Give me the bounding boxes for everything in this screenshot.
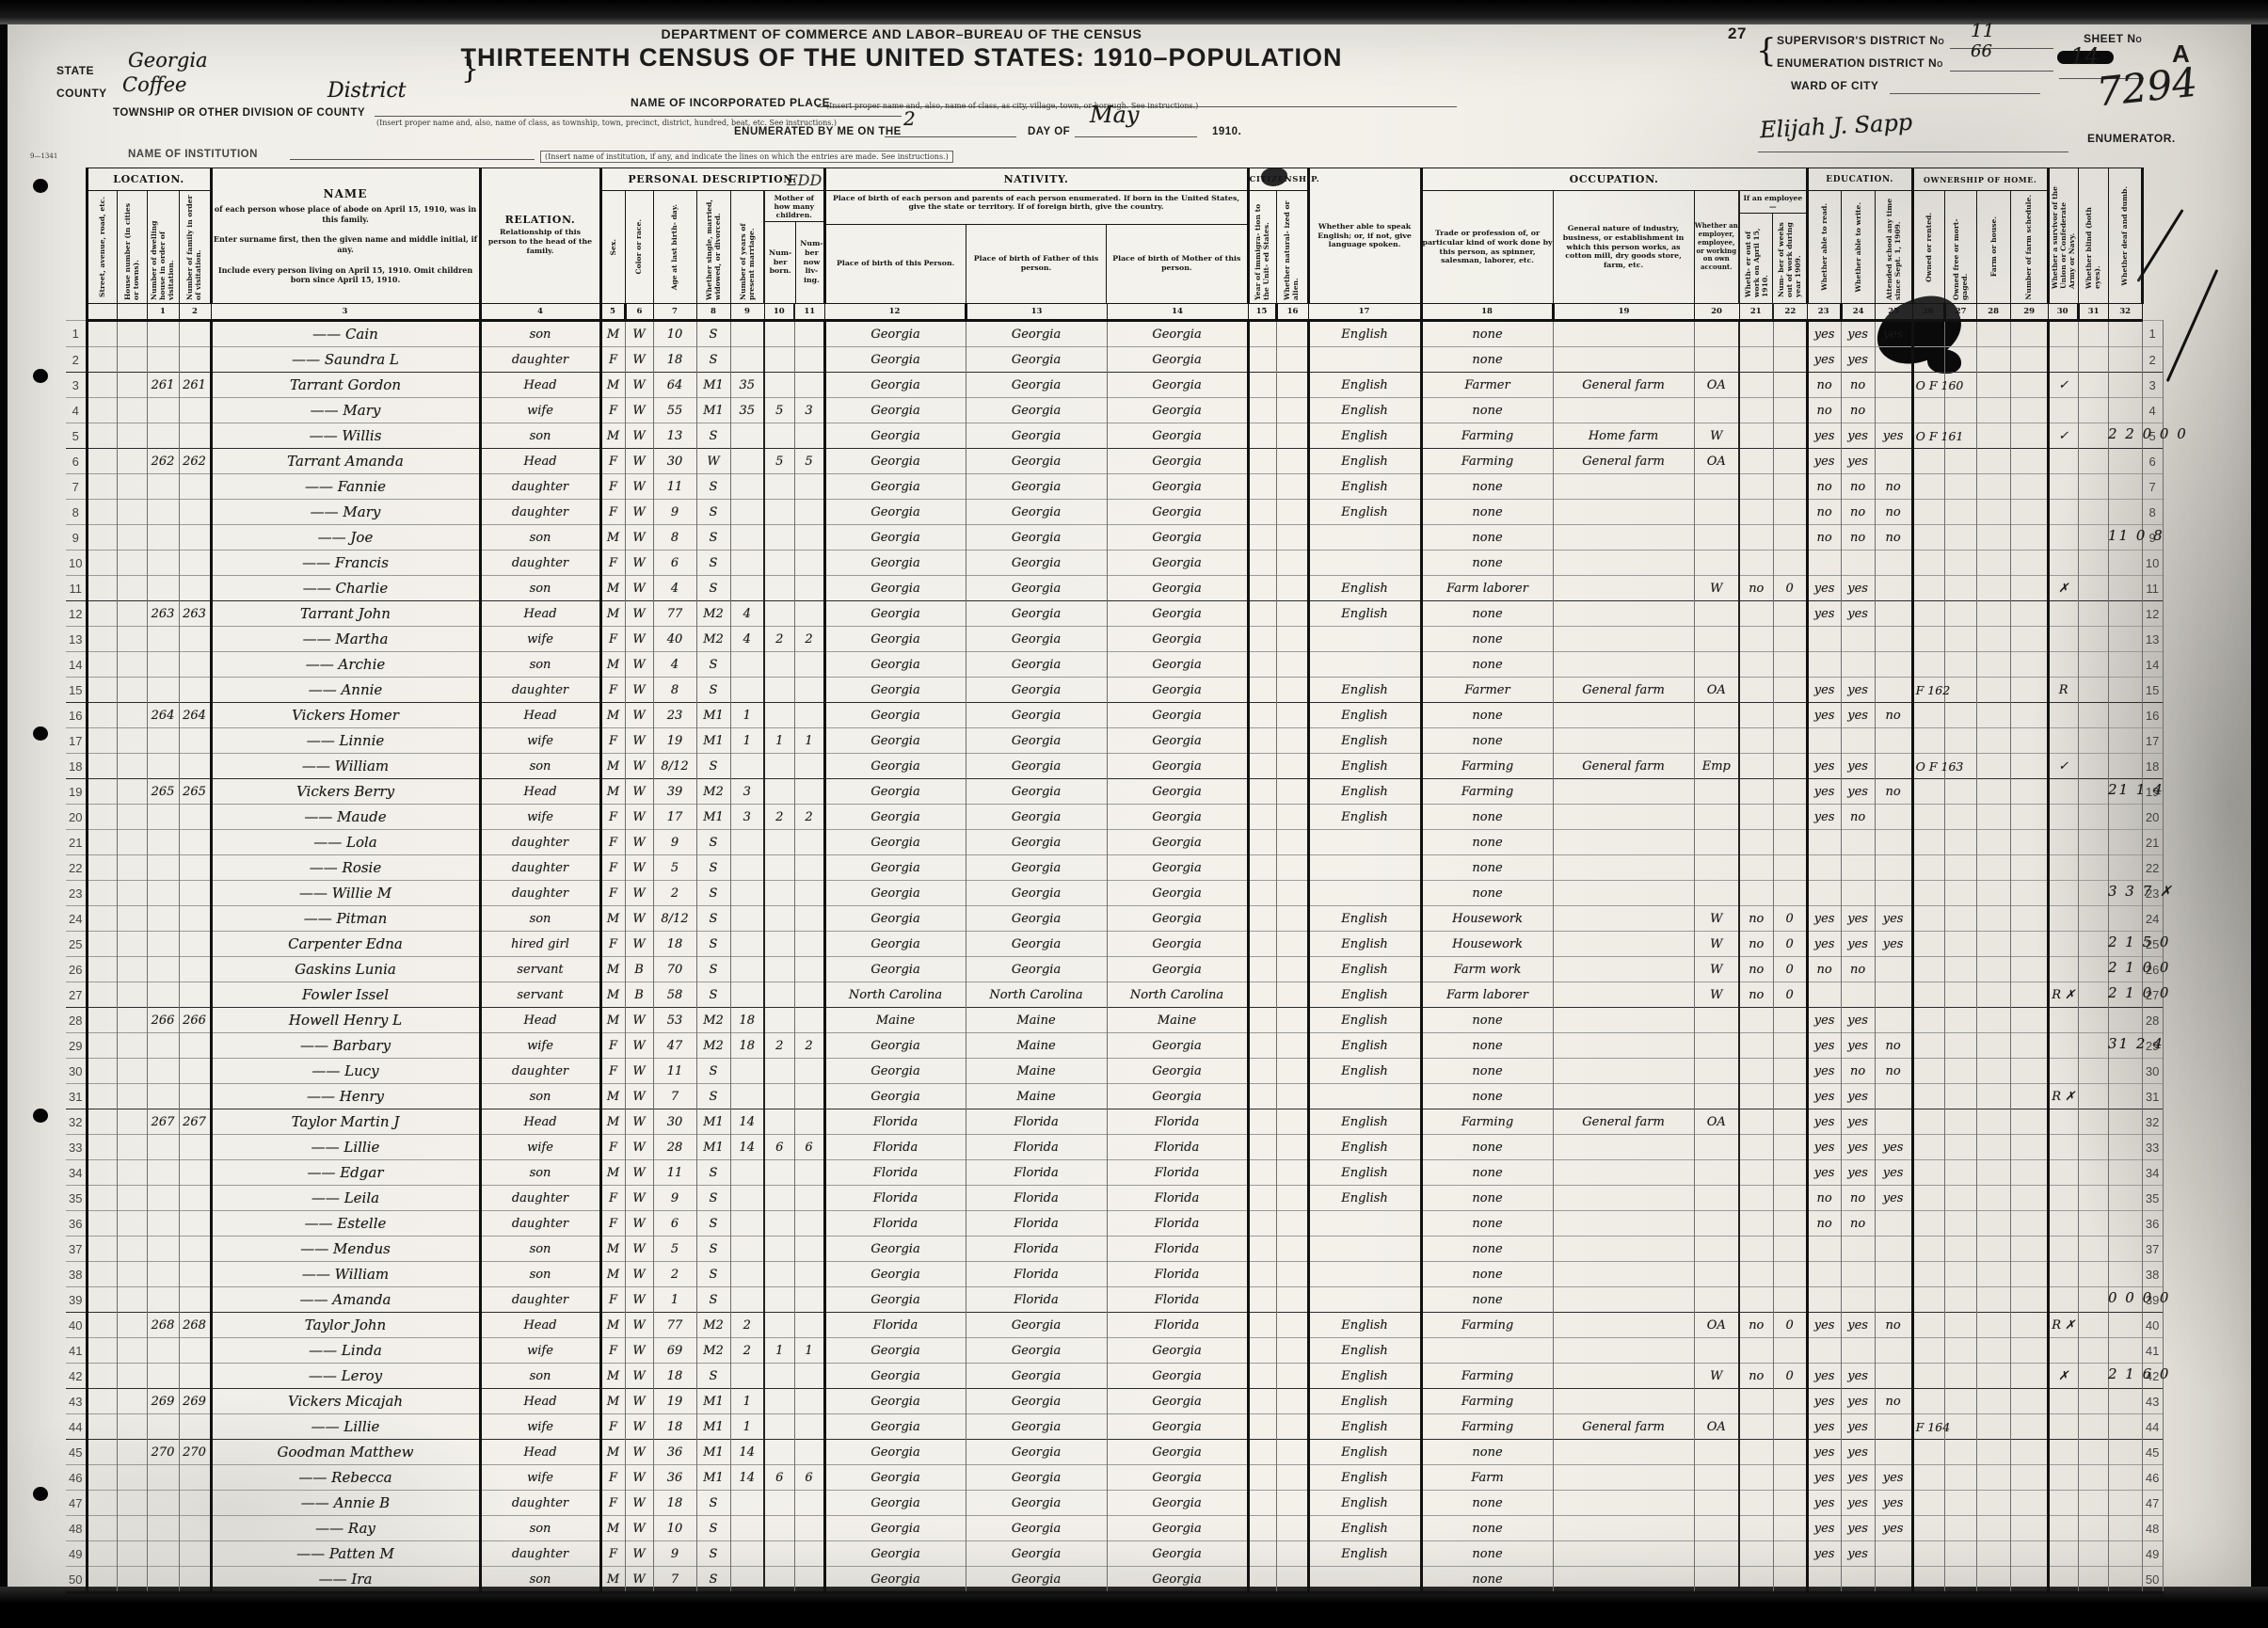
cell-can-read: yes <box>1807 1109 1841 1135</box>
cell-family-number <box>179 1262 211 1287</box>
cell-weeks-out <box>1773 1237 1807 1262</box>
cell-street <box>87 1364 117 1389</box>
cell-street <box>87 423 117 449</box>
cell-sex: M <box>600 779 625 805</box>
cell-naturalized <box>1276 373 1308 398</box>
cell-age: 69 <box>653 1338 696 1364</box>
cell-can-write: no <box>1841 957 1875 982</box>
naturalized-header: Whether natural- ized or alien. <box>1276 191 1308 304</box>
cell-row-number-left: 7 <box>66 474 87 500</box>
cell-birthplace-father: Florida <box>966 1109 1107 1135</box>
cell-row-number-left: 10 <box>66 551 87 576</box>
cell-farm-schedule <box>2010 881 2048 906</box>
cell-family-number <box>179 576 211 601</box>
cell-naturalized <box>1276 1389 1308 1414</box>
cell-trade: none <box>1421 321 1553 347</box>
cell-deaf-dumb <box>2108 1008 2142 1033</box>
cell-birthplace: Georgia <box>824 1465 966 1491</box>
cell-trade: Farming <box>1421 423 1553 449</box>
cell-street <box>87 1541 117 1567</box>
cell-can-read <box>1807 855 1841 881</box>
cell-speaks-english: English <box>1308 728 1421 754</box>
cell-can-read <box>1807 728 1841 754</box>
cell-trade <box>1421 1338 1553 1364</box>
cell-marital-status: M1 <box>696 1465 730 1491</box>
cell-farm-schedule <box>2010 1287 2048 1313</box>
cell-blind <box>2078 678 2108 703</box>
cell-children-born <box>764 347 794 373</box>
cell-name: —— Estelle <box>211 1211 480 1237</box>
cell-row-number-right: 36 <box>2142 1211 2163 1237</box>
cell-dwelling-number <box>147 347 179 373</box>
cell-sex: M <box>600 1440 625 1465</box>
cell-weeks-out <box>1773 728 1807 754</box>
cell-immigration-year <box>1248 1541 1276 1567</box>
cell-row-number-right: 14 <box>2142 652 2163 678</box>
cell-relation: servant <box>480 982 600 1008</box>
cell-house-number <box>117 627 147 652</box>
cell-naturalized <box>1276 525 1308 551</box>
cell-farm-schedule <box>2010 321 2048 347</box>
cell-age: 11 <box>653 1059 696 1084</box>
cell-speaks-english: English <box>1308 1338 1421 1364</box>
cell-naturalized <box>1276 423 1308 449</box>
ownership-group-title: OWNERSHIP OF HOME. <box>1912 168 2048 191</box>
cell-farm-or-house <box>1976 1313 2010 1338</box>
cell-deaf-dumb <box>2108 678 2142 703</box>
cell-dwelling-number <box>147 652 179 678</box>
cell-owned-free <box>1944 601 1976 627</box>
cell-marital-status: S <box>696 551 730 576</box>
cell-blind <box>2078 1059 2108 1084</box>
cell-trade: Housework <box>1421 932 1553 957</box>
cell-row-number-right: 11 <box>2142 576 2163 601</box>
cell-dwelling-number <box>147 1084 179 1109</box>
cell-sex: M <box>600 652 625 678</box>
cell-children-born <box>764 1059 794 1084</box>
cell-out-of-work: no <box>1739 906 1773 932</box>
cell-attended-school <box>1875 627 1912 652</box>
cell-farm-schedule <box>2010 1338 2048 1364</box>
cell-employer-status: Emp <box>1694 754 1739 779</box>
cell-sex: F <box>600 1491 625 1516</box>
cell-color-race: W <box>625 1516 653 1541</box>
cell-row-number-right: 37 <box>2142 1237 2163 1262</box>
cell-industry: Home farm <box>1553 423 1694 449</box>
cell-weeks-out: 0 <box>1773 932 1807 957</box>
cell-birthplace-mother: Georgia <box>1107 678 1248 703</box>
cell-street <box>87 1491 117 1516</box>
cell-deaf-dumb <box>2108 652 2142 678</box>
cell-farm-schedule <box>2010 1084 2048 1109</box>
cell-employer-status <box>1694 1186 1739 1211</box>
cell-row-number-left: 17 <box>66 728 87 754</box>
cell-home-owned <box>1912 805 1944 830</box>
cell-blind <box>2078 551 2108 576</box>
cell-immigration-year <box>1248 1109 1276 1135</box>
cell-family-number <box>179 1465 211 1491</box>
cell-immigration-year <box>1248 576 1276 601</box>
supervisor-district-label: SUPERVISOR'S DISTRICT No <box>1777 34 1944 47</box>
cell-blind <box>2078 1008 2108 1033</box>
cell-marital-status: M1 <box>696 805 730 830</box>
cell-industry <box>1553 881 1694 906</box>
cell-farm-or-house <box>1976 982 2010 1008</box>
cell-dwelling-number <box>147 1033 179 1059</box>
cell-house-number <box>117 1084 147 1109</box>
cell-out-of-work <box>1739 321 1773 347</box>
cell-deaf-dumb <box>2108 551 2142 576</box>
cell-farm-or-house <box>1976 1237 2010 1262</box>
column-number: 32 <box>2108 304 2142 321</box>
cell-marital-status: M1 <box>696 1414 730 1440</box>
cell-industry <box>1553 1160 1694 1186</box>
read-label: Whether able to read. <box>1820 203 1829 291</box>
cell-trade: none <box>1421 652 1553 678</box>
cell-marital-status: S <box>696 855 730 881</box>
cell-naturalized <box>1276 881 1308 906</box>
cell-war-survivor <box>2048 551 2078 576</box>
person-row: 38—— WilliamsonMW2SGeorgiaFloridaFlorida… <box>66 1262 2163 1287</box>
cell-birthplace-father: Georgia <box>966 1541 1107 1567</box>
owned-free-label: Owned free or mort- gaged. <box>1952 195 1969 300</box>
cell-color-race: W <box>625 321 653 347</box>
cell-employer-status: OA <box>1694 1109 1739 1135</box>
cell-war-survivor <box>2048 728 2078 754</box>
cell-marital-status: S <box>696 423 730 449</box>
cell-row-number-left: 36 <box>66 1211 87 1237</box>
cell-name: Carpenter Edna <box>211 932 480 957</box>
cell-weeks-out <box>1773 449 1807 474</box>
cell-birthplace-father: Georgia <box>966 678 1107 703</box>
cell-farm-schedule <box>2010 1211 2048 1237</box>
cell-war-survivor <box>2048 1008 2078 1033</box>
cell-street <box>87 779 117 805</box>
cell-home-owned <box>1912 1237 1944 1262</box>
cell-naturalized <box>1276 1237 1308 1262</box>
cell-deaf-dumb <box>2108 1135 2142 1160</box>
cell-can-write: no <box>1841 373 1875 398</box>
cell-farm-schedule <box>2010 373 2048 398</box>
person-row: 3261261Tarrant GordonHeadMW64M135Georgia… <box>66 373 2163 398</box>
cell-children-born <box>764 500 794 525</box>
cell-weeks-out <box>1773 779 1807 805</box>
cell-blind <box>2078 1160 2108 1186</box>
cell-employer-status <box>1694 1440 1739 1465</box>
cell-war-survivor <box>2048 1516 2078 1541</box>
cell-attended-school: yes <box>1875 1135 1912 1160</box>
cell-can-read: yes <box>1807 1414 1841 1440</box>
cell-relation: servant <box>480 957 600 982</box>
cell-birthplace-father: Georgia <box>966 957 1107 982</box>
cell-age: 4 <box>653 652 696 678</box>
cell-weeks-out <box>1773 627 1807 652</box>
cell-children-living <box>794 1084 824 1109</box>
cell-employer-status <box>1694 1516 1739 1541</box>
cell-dwelling-number <box>147 1211 179 1237</box>
cell-age: 9 <box>653 500 696 525</box>
cell-street <box>87 1389 117 1414</box>
cell-trade: none <box>1421 1160 1553 1186</box>
cell-can-read: yes <box>1807 1059 1841 1084</box>
cell-industry <box>1553 500 1694 525</box>
cell-naturalized <box>1276 754 1308 779</box>
cell-street <box>87 321 117 347</box>
cell-blind <box>2078 1287 2108 1313</box>
cell-out-of-work <box>1739 373 1773 398</box>
cell-sex: F <box>600 1541 625 1567</box>
cell-war-survivor <box>2048 1338 2078 1364</box>
cell-family-number <box>179 1364 211 1389</box>
cell-dwelling-number <box>147 1262 179 1287</box>
cell-out-of-work <box>1739 423 1773 449</box>
cell-naturalized <box>1276 1516 1308 1541</box>
cell-industry <box>1553 1262 1694 1287</box>
cell-attended-school: yes <box>1875 1516 1912 1541</box>
cell-immigration-year <box>1248 652 1276 678</box>
cell-industry <box>1553 1237 1694 1262</box>
cell-war-survivor: R ✗ <box>2048 1084 2078 1109</box>
cell-out-of-work: no <box>1739 1313 1773 1338</box>
cell-deaf-dumb <box>2108 1211 2142 1237</box>
cell-attended-school: yes <box>1875 1186 1912 1211</box>
cell-name: Tarrant John <box>211 601 480 627</box>
cell-owned-free <box>1944 627 1976 652</box>
cell-industry <box>1553 1465 1694 1491</box>
blind-label: Whether blind (both eyes). <box>2084 184 2101 289</box>
cell-street <box>87 398 117 423</box>
cell-color-race: W <box>625 1237 653 1262</box>
cell-birthplace: North Carolina <box>824 982 966 1008</box>
cell-row-number-left: 38 <box>66 1262 87 1287</box>
cell-farm-or-house <box>1976 576 2010 601</box>
cell-row-number-right: 18 <box>2142 754 2163 779</box>
cell-weeks-out <box>1773 551 1807 576</box>
cell-dwelling-number <box>147 754 179 779</box>
cell-house-number <box>117 652 147 678</box>
cell-birthplace: Georgia <box>824 805 966 830</box>
cell-war-survivor: R ✗ <box>2048 982 2078 1008</box>
relation-column-header: RELATION. Relationship of this person to… <box>480 168 600 304</box>
cell-birthplace-mother: Georgia <box>1107 601 1248 627</box>
cell-immigration-year <box>1248 1364 1276 1389</box>
state-label: STATE <box>56 64 94 77</box>
cell-birthplace-mother: Georgia <box>1107 500 1248 525</box>
cell-name: —— Pitman <box>211 906 480 932</box>
cell-can-write <box>1841 881 1875 906</box>
cell-name: —— Fannie <box>211 474 480 500</box>
cell-relation: wife <box>480 1465 600 1491</box>
cell-marital-status: M1 <box>696 1440 730 1465</box>
cell-marital-status: S <box>696 321 730 347</box>
cell-employer-status <box>1694 779 1739 805</box>
cell-can-read: no <box>1807 398 1841 423</box>
cell-children-living <box>794 601 824 627</box>
cell-birthplace-father: Maine <box>966 1084 1107 1109</box>
cell-years-married <box>730 1211 764 1237</box>
cell-naturalized <box>1276 321 1308 347</box>
cell-immigration-year <box>1248 1567 1276 1593</box>
name-line3: Include every person living on April 15,… <box>218 265 472 285</box>
cell-owned-free <box>1944 347 1976 373</box>
cell-blind <box>2078 754 2108 779</box>
cell-speaks-english <box>1308 855 1421 881</box>
cell-house-number <box>117 728 147 754</box>
cell-employer-status <box>1694 1287 1739 1313</box>
cell-naturalized <box>1276 1033 1308 1059</box>
cell-immigration-year <box>1248 449 1276 474</box>
cell-employer-status <box>1694 321 1739 347</box>
cell-marital-status: S <box>696 525 730 551</box>
cell-industry <box>1553 474 1694 500</box>
cell-farm-or-house <box>1976 1160 2010 1186</box>
cell-weeks-out <box>1773 1541 1807 1567</box>
cell-deaf-dumb <box>2108 373 2142 398</box>
cell-can-write: no <box>1841 1211 1875 1237</box>
cell-dwelling-number <box>147 1237 179 1262</box>
cell-can-write: no <box>1841 1059 1875 1084</box>
cell-years-married: 35 <box>730 373 764 398</box>
cell-color-race: W <box>625 423 653 449</box>
cell-owned-free <box>1944 1160 1976 1186</box>
cell-naturalized <box>1276 474 1308 500</box>
person-row: 15—— AnniedaughterFW8SGeorgiaGeorgiaGeor… <box>66 678 2163 703</box>
cell-birthplace-father: Georgia <box>966 321 1107 347</box>
cell-dwelling-number <box>147 982 179 1008</box>
cell-sex: M <box>600 525 625 551</box>
cell-naturalized <box>1276 1491 1308 1516</box>
cell-out-of-work <box>1739 1135 1773 1160</box>
cell-row-number-right: 47 <box>2142 1491 2163 1516</box>
farm-schedule-header: Number of farm schedule. <box>2010 191 2048 304</box>
cell-name: Tarrant Gordon <box>211 373 480 398</box>
cell-trade: Farm laborer <box>1421 576 1553 601</box>
person-row: 41—— LindawifeFW69M2211GeorgiaGeorgiaGeo… <box>66 1338 2163 1364</box>
cell-age: 55 <box>653 398 696 423</box>
cell-relation: Head <box>480 1008 600 1033</box>
cell-row-number-right: 8 <box>2142 500 2163 525</box>
cell-deaf-dumb <box>2108 1160 2142 1186</box>
cell-weeks-out <box>1773 1389 1807 1414</box>
cell-industry <box>1553 321 1694 347</box>
cell-family-number <box>179 1033 211 1059</box>
trade-header: Trade or profession of, or particular ki… <box>1421 191 1553 304</box>
cell-family-number <box>179 932 211 957</box>
cell-blind <box>2078 500 2108 525</box>
cell-farm-schedule <box>2010 728 2048 754</box>
cell-farm-or-house <box>1976 1109 2010 1135</box>
cell-farm-schedule <box>2010 1541 2048 1567</box>
cell-out-of-work <box>1739 1109 1773 1135</box>
cell-age: 47 <box>653 1033 696 1059</box>
cell-farm-or-house <box>1976 703 2010 728</box>
cell-war-survivor <box>2048 855 2078 881</box>
cell-relation: son <box>480 1237 600 1262</box>
cell-color-race: W <box>625 678 653 703</box>
cell-relation: daughter <box>480 830 600 855</box>
cell-blind <box>2078 1541 2108 1567</box>
cell-sex: M <box>600 1313 625 1338</box>
cell-weeks-out <box>1773 830 1807 855</box>
cell-house-number <box>117 423 147 449</box>
cell-sex: M <box>600 754 625 779</box>
cell-children-living <box>794 754 824 779</box>
cell-attended-school: yes <box>1875 1160 1912 1186</box>
cell-house-number <box>117 525 147 551</box>
census-sheet: STATE Georgia COUNTY Coffee } TOWNSHIP O… <box>8 24 2251 1587</box>
deaf-column-header: Whether deaf and dumb. <box>2108 168 2142 304</box>
cell-speaks-english: English <box>1308 474 1421 500</box>
cell-blind <box>2078 525 2108 551</box>
cell-relation: hired girl <box>480 932 600 957</box>
cell-speaks-english <box>1308 525 1421 551</box>
cell-farm-schedule <box>2010 678 2048 703</box>
cell-can-read: no <box>1807 474 1841 500</box>
cell-home-owned <box>1912 551 1944 576</box>
cell-farm-schedule <box>2010 932 2048 957</box>
cell-speaks-english: English <box>1308 1313 1421 1338</box>
cell-birthplace-father: Georgia <box>966 576 1107 601</box>
cell-birthplace-father: Georgia <box>966 500 1107 525</box>
cell-deaf-dumb <box>2108 1262 2142 1287</box>
cell-dwelling-number <box>147 1364 179 1389</box>
cell-owned-free <box>1944 1516 1976 1541</box>
cell-naturalized <box>1276 652 1308 678</box>
cell-can-write: yes <box>1841 1465 1875 1491</box>
cell-years-married <box>730 525 764 551</box>
school-header: Attended school any time since Sept. 1, … <box>1875 191 1912 304</box>
column-number: 25 <box>1875 304 1912 321</box>
person-row: 9—— JoesonMW8SGeorgiaGeorgiaGeorgianonen… <box>66 525 2163 551</box>
cell-dwelling-number <box>147 627 179 652</box>
house-number-label: House number (in cities or towns). <box>123 195 140 300</box>
cell-street <box>87 1033 117 1059</box>
cell-can-write: yes <box>1841 1008 1875 1033</box>
cell-marital-status: S <box>696 678 730 703</box>
if-employee-header: If an employee— Wheth- er out of work on… <box>1739 191 1807 304</box>
cell-children-living <box>794 551 824 576</box>
cell-birthplace-mother: Georgia <box>1107 1440 1248 1465</box>
cell-row-number-right: 46 <box>2142 1465 2163 1491</box>
cell-out-of-work <box>1739 830 1773 855</box>
cell-war-survivor <box>2048 779 2078 805</box>
cell-family-number <box>179 1491 211 1516</box>
cell-marital-status: S <box>696 957 730 982</box>
cell-home-owned <box>1912 906 1944 932</box>
cell-marital-status: S <box>696 500 730 525</box>
cell-marital-status: S <box>696 1567 730 1593</box>
person-row: 31—— HenrysonMW7SGeorgiaMaineGeorgianone… <box>66 1084 2163 1109</box>
cell-out-of-work <box>1739 1389 1773 1414</box>
cell-name: —— Joe <box>211 525 480 551</box>
cell-dwelling-number <box>147 551 179 576</box>
cell-can-read: yes <box>1807 1084 1841 1109</box>
cell-years-married <box>730 1059 764 1084</box>
cell-birthplace-mother: Georgia <box>1107 1084 1248 1109</box>
cell-home-owned <box>1912 881 1944 906</box>
cell-sex: M <box>600 601 625 627</box>
column-number: 12 <box>824 304 966 321</box>
cell-sex: F <box>600 855 625 881</box>
cell-marital-status: M2 <box>696 601 730 627</box>
cell-sex: F <box>600 500 625 525</box>
cell-naturalized <box>1276 500 1308 525</box>
person-row: 37—— MendussonMW5SGeorgiaFloridaFloridan… <box>66 1237 2163 1262</box>
cell-industry <box>1553 601 1694 627</box>
cell-farm-or-house <box>1976 1211 2010 1237</box>
cell-can-read: no <box>1807 500 1841 525</box>
cell-farm-schedule <box>2010 830 2048 855</box>
